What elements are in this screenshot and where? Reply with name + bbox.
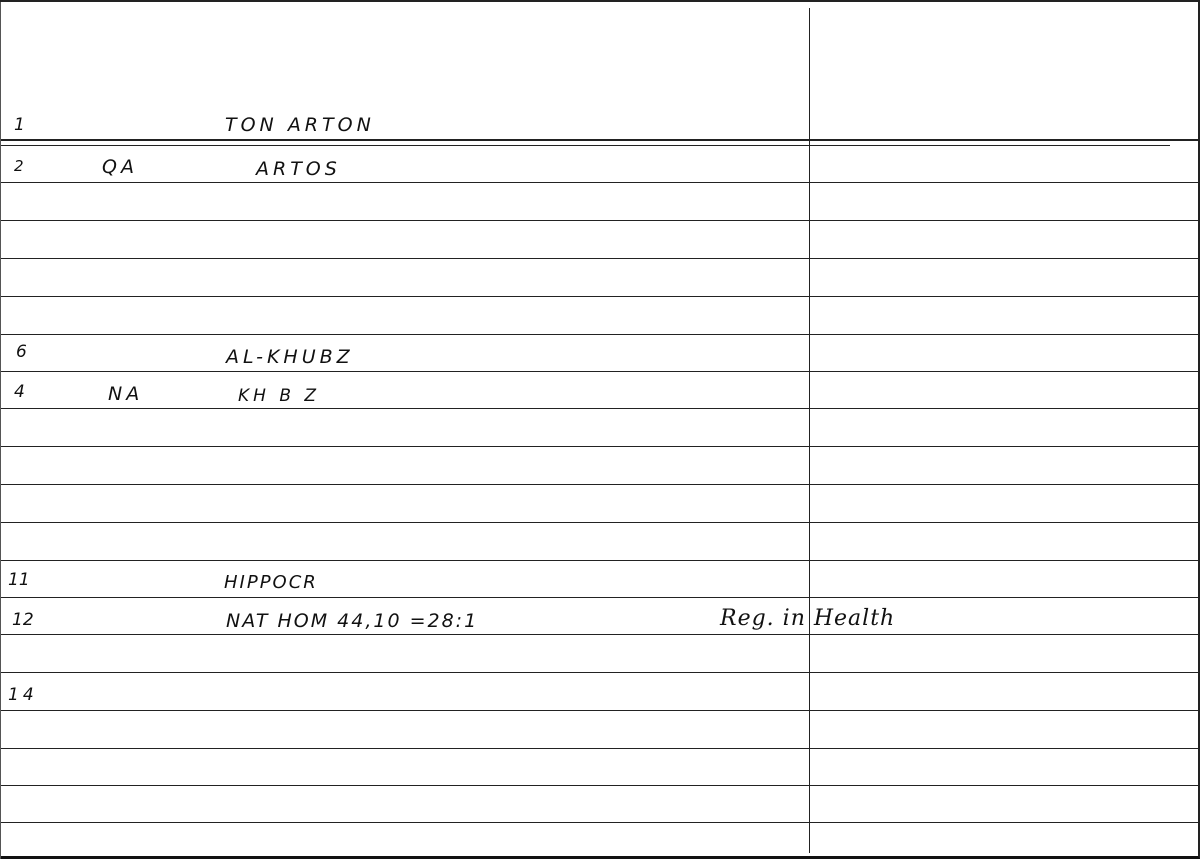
rule-line <box>0 408 1198 409</box>
entry-text: HIPPOCR <box>224 572 318 593</box>
rule-line <box>0 371 1198 372</box>
row-number: 6 <box>16 342 27 362</box>
row-number: 1 <box>14 115 25 135</box>
index-card: 1 TON ARTON 2 QA ARTOS 6 AL-KHUBZ 4 NA K… <box>0 0 1200 859</box>
entry-prefix: NA <box>108 383 143 405</box>
rule-line <box>0 296 1198 297</box>
rule-line <box>0 220 1198 221</box>
rule-line <box>0 634 1198 635</box>
rule-line <box>0 182 1198 183</box>
rule-line <box>0 822 1198 823</box>
left-margin-edge <box>0 2 1 859</box>
rule-line <box>0 560 1198 561</box>
rule-line <box>0 748 1198 749</box>
margin-note: Reg. in Health <box>720 606 895 631</box>
rule-line <box>0 258 1198 259</box>
rule-line <box>0 484 1198 485</box>
entry-prefix: QA <box>102 156 138 178</box>
row-number: 4 <box>14 382 25 402</box>
rule-line <box>0 672 1198 673</box>
rule-line <box>0 785 1198 786</box>
rule-line <box>0 446 1198 447</box>
entry-text: AL-KHUBZ <box>226 346 354 368</box>
rule-line <box>0 145 1170 146</box>
rule-line <box>0 334 1198 335</box>
entry-text: NAT HOM 44,10 =28:1 <box>226 610 478 632</box>
rule-line <box>0 139 1198 141</box>
row-number: 2 <box>14 157 24 175</box>
entry-text: ARTOS <box>256 158 341 180</box>
rule-line <box>0 597 1198 598</box>
row-number: 14 <box>8 685 38 705</box>
entry-text: KH B Z <box>238 386 320 406</box>
row-number: 11 <box>8 570 30 590</box>
rule-line <box>0 710 1198 711</box>
row-number: 12 <box>12 610 34 630</box>
rule-line <box>0 522 1198 523</box>
column-divider <box>809 8 810 853</box>
entry-text: TON ARTON <box>225 114 375 136</box>
